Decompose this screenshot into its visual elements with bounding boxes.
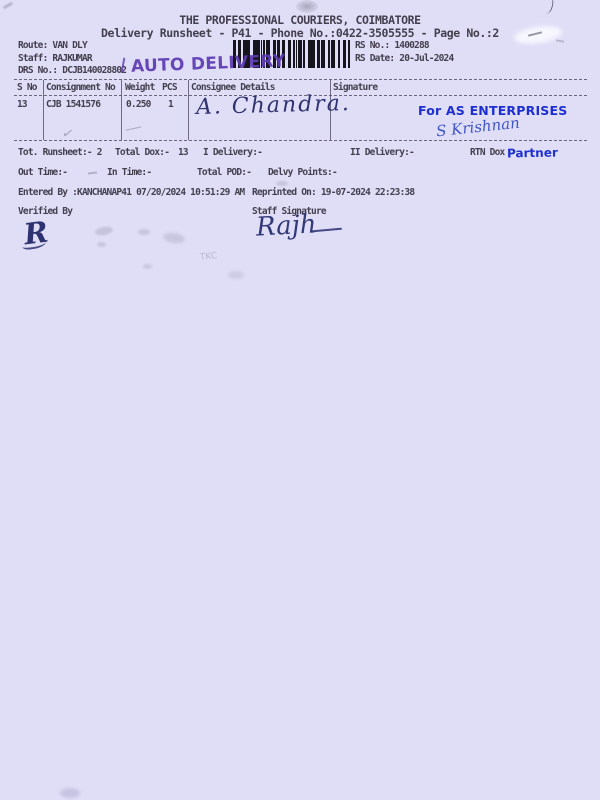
total-pod-label: Total POD:- [197, 168, 251, 178]
scan-smudge [94, 225, 113, 236]
delvy-points-label: Delvy Points:- [268, 168, 337, 178]
table-vline-2 [121, 80, 122, 140]
header-consignment-no: Consignment No [46, 83, 115, 93]
table-vline-1 [43, 80, 44, 140]
table-vline-3 [188, 80, 189, 140]
rs-no-text: RS No.: 1400288 [355, 41, 429, 51]
drs-no-text: DRS No.: DCJB140028802 [18, 66, 126, 76]
scan-speck [3, 2, 13, 10]
rtn-dox-label: RTN Dox [470, 148, 504, 158]
row-weight: 0.250 [126, 100, 151, 110]
ghost-text-smudge: TKC [200, 251, 218, 262]
total-runsheet: Tot. Runsheet:- 2 [18, 148, 102, 158]
rs-date-text: RS Date: 20-Jul-2024 [355, 54, 453, 64]
total-dox-label: Total Dox:- [115, 148, 169, 158]
scan-smudge [143, 264, 152, 269]
scan-hairline [541, 0, 555, 15]
header-weight: Weight [125, 83, 155, 93]
partner-stamp: Partner [507, 146, 558, 161]
row-pcs: 1 [168, 100, 173, 110]
total-dox-value: 13 [178, 148, 188, 158]
header-pcs: PCS [162, 83, 177, 93]
staff-signature-handwriting: Rajh [255, 209, 317, 242]
out-time-label: Out Time:- [18, 168, 67, 178]
scan-smudge [276, 181, 288, 186]
consignee-handwriting: A. Chandra. [196, 91, 351, 120]
scan-smudge [162, 232, 185, 245]
reprinted-on-text: Reprinted On: 19-07-2024 22:23:38 [252, 188, 414, 198]
table-bottom-line [14, 140, 587, 141]
scan-blob [296, 0, 318, 13]
in-time-label: In Time:- [107, 168, 151, 178]
scan-smudge [138, 229, 150, 235]
scan-smudge [97, 242, 106, 247]
scan-smudge [228, 271, 244, 279]
ii-delivery-label: II Delivery:- [350, 148, 414, 158]
row-s-no: 13 [17, 100, 27, 110]
scanned-delivery-runsheet: THE PROFESSIONAL COURIERS, COIMBATORE De… [0, 0, 600, 800]
staff-text: Staff: RAJKUMAR [18, 54, 92, 64]
auto-delivery-stamp: AUTO DELIVERY [131, 51, 286, 76]
i-delivery-label: I Delivery:- [203, 148, 262, 158]
pencil-scratch-mark [126, 126, 143, 135]
scan-speck [88, 172, 97, 175]
route-text: Route: VAN DLY [18, 41, 87, 51]
entered-by-text: Entered By :KANCHANAP41 07/20/2024 10:51… [18, 188, 244, 198]
stamp-edge-artifact [121, 58, 129, 74]
header-consignee-details: Consignee Details [191, 83, 275, 93]
runsheet-subtitle: Delivery Runsheet - P41 - Phone No.:0422… [0, 27, 600, 40]
row-consignment-no: CJB 1541576 [46, 100, 100, 110]
table-top-line [14, 79, 587, 80]
scan-smudge [60, 788, 80, 798]
company-title: THE PROFESSIONAL COURIERS, COIMBATORE [0, 14, 600, 27]
scan-speck [556, 39, 564, 42]
header-s-no: S No [17, 83, 37, 93]
